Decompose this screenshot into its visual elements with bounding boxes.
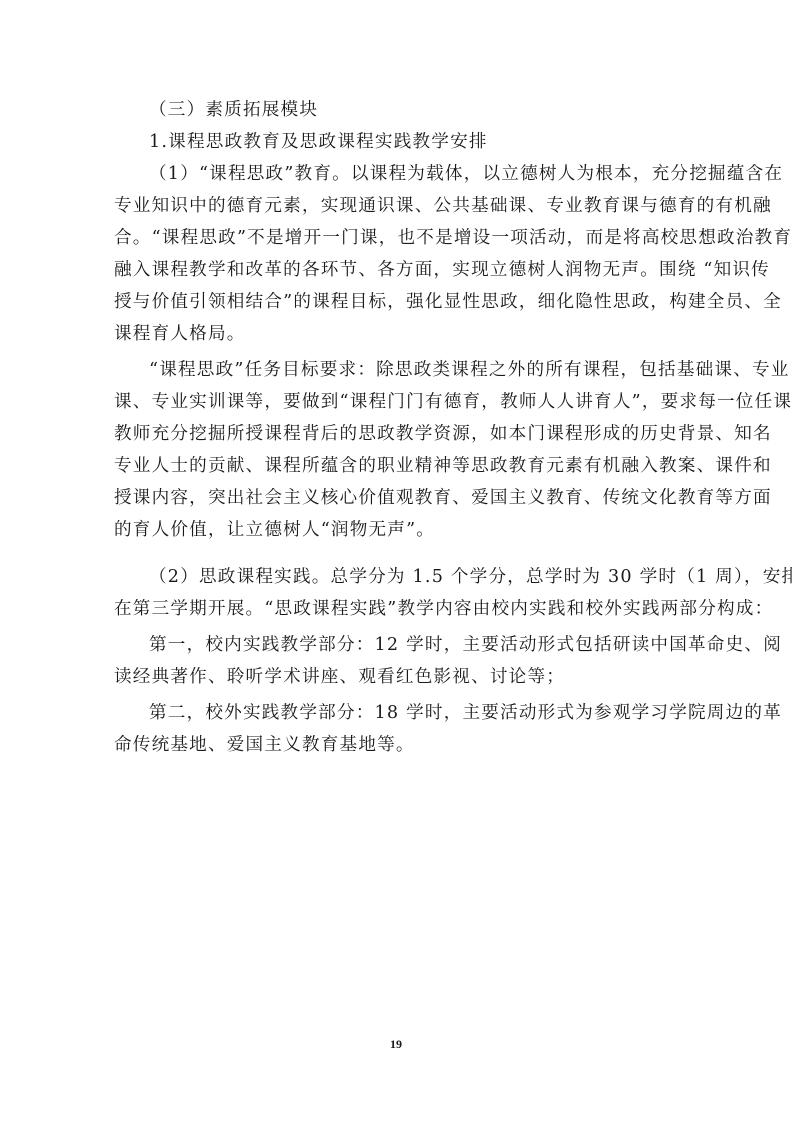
- text-line: 专业知识中的德育元素，实现通识课、公共基础课、专业教育课与德育的有机融: [114, 195, 680, 217]
- text-line: 在第三学期开展。“思政课程实践”教学内容由校内实践和校外实践两部分构成：: [114, 598, 680, 620]
- document-page: （三）素质拓展模块 1.课程思政教育及思政课程实践教学安排 （1）“课程思政”教…: [0, 0, 792, 1122]
- text-line: 课程育人格局。: [114, 323, 680, 345]
- text-line: “课程思政”任务目标要求：除思政类课程之外的所有课程，包括基础课、专业: [149, 359, 680, 381]
- text-line: 第一，校内实践教学部分：12 学时，主要活动形式包括研读中国革命史、阅: [149, 634, 680, 656]
- text-line: 融入课程教学和改革的各环节、各方面，实现立德树人润物无声。围绕 “知识传: [114, 259, 680, 281]
- text-line: 教师充分挖掘所授课程背后的思政教学资源，如本门课程形成的历史背景、知名: [114, 423, 680, 445]
- text-line: 读经典著作、聆听学术讲座、观看红色影视、讨论等；: [114, 666, 680, 688]
- section-heading: （三）素质拓展模块: [149, 99, 680, 121]
- text-line: 第二，校外实践教学部分：18 学时，主要活动形式为参观学习学院周边的革: [149, 702, 680, 724]
- page-number: 19: [0, 1037, 792, 1052]
- text-line: 命传统基地、爱国主义教育基地等。: [114, 734, 680, 756]
- text-line: 授与价值引领相结合”的课程目标，强化显性思政，细化隐性思政，构建全员、全: [114, 291, 680, 313]
- text-line: 合。“课程思政”不是增开一门课，也不是增设一项活动，而是将高校思想政治教育: [114, 227, 680, 249]
- text-line: 的育人价值，让立德树人“润物无声”。: [114, 519, 680, 541]
- text-line: 专业人士的贡献、课程所蕴含的职业精神等思政教育元素有机融入教案、课件和: [114, 455, 680, 477]
- text-line: 课、专业实训课等，要做到“课程门门有德育，教师人人讲育人”，要求每一位任课: [114, 391, 680, 413]
- subsection-heading: 1.课程思政教育及思政课程实践教学安排: [149, 131, 680, 153]
- text-line: 授课内容，突出社会主义核心价值观教育、爱国主义教育、传统文化教育等方面: [114, 487, 680, 509]
- text-line: （2）思政课程实践。总学分为 1.5 个学分，总学时为 30 学时（1 周），安…: [149, 566, 680, 588]
- text-line: （1）“课程思政”教育。以课程为载体，以立德树人为根本，充分挖掘蕴含在: [149, 163, 680, 185]
